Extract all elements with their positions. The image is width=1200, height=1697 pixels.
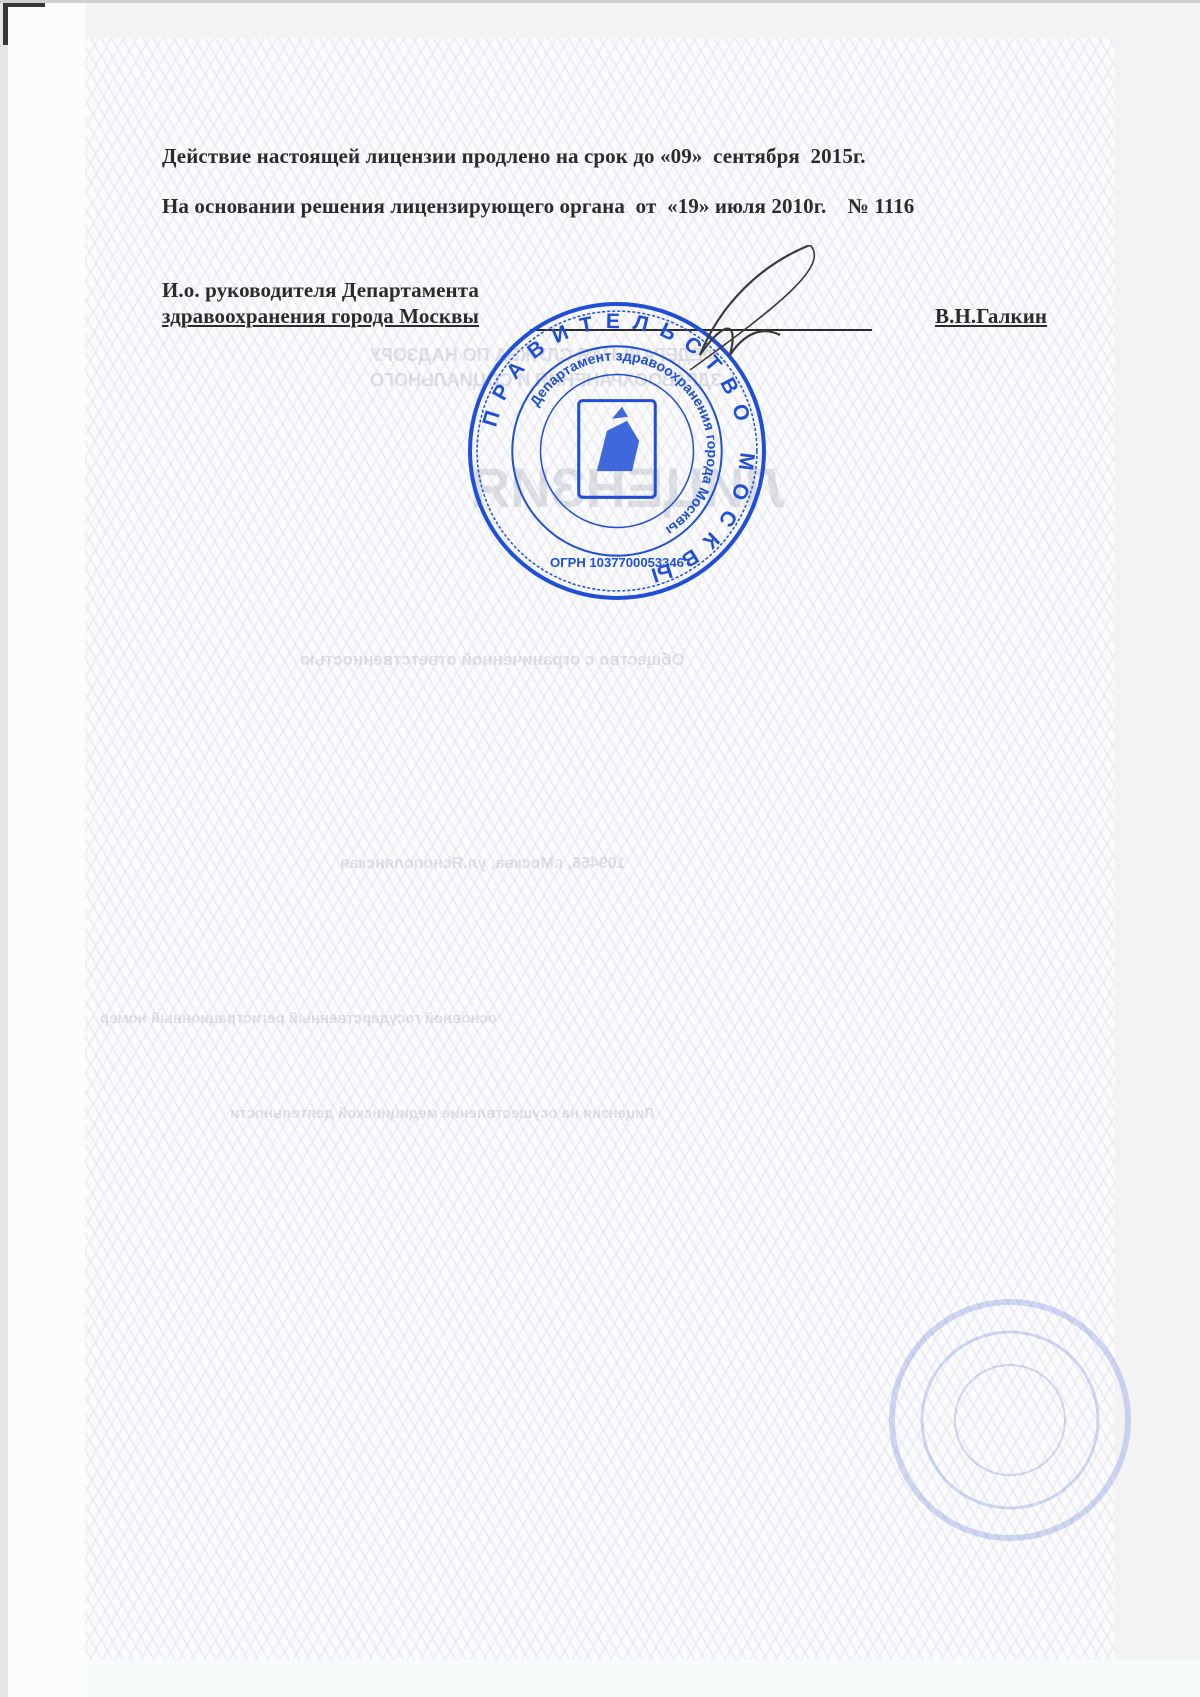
license-basis-line: На основании решения лицензирующего орга… (162, 194, 914, 219)
license-extension-line: Действие настоящей лицензии продлено на … (162, 144, 866, 169)
bleed-through-text: Общество с ограниченной ответственностью (300, 650, 685, 670)
scan-corner-mark (3, 3, 45, 7)
bleed-through-text: основной государственный регистрационный… (100, 1010, 497, 1027)
page-margin (8, 0, 86, 1697)
signer-position-line2: здравоохранения города Москвы (162, 304, 479, 329)
scan-edge-top (0, 0, 1200, 3)
seal-ogrn: ОГРН 1037700053346 (550, 555, 684, 570)
page-bottom-margin (85, 1660, 1200, 1697)
bleed-through-text: Лицензия на осуществление медицинской де… (230, 1105, 655, 1122)
faint-seal-icon (885, 1295, 1135, 1545)
signer-name: В.Н.Галкин (935, 304, 1047, 329)
scan-edge-left (0, 0, 8, 1697)
signer-position-line1: И.о. руководителя Департамента (162, 278, 479, 303)
bleed-through-text: 109456, г.Москва, ул.Яснополянская (340, 855, 625, 873)
scan-corner-mark-vertical (3, 3, 8, 45)
handwritten-signature (660, 245, 860, 385)
